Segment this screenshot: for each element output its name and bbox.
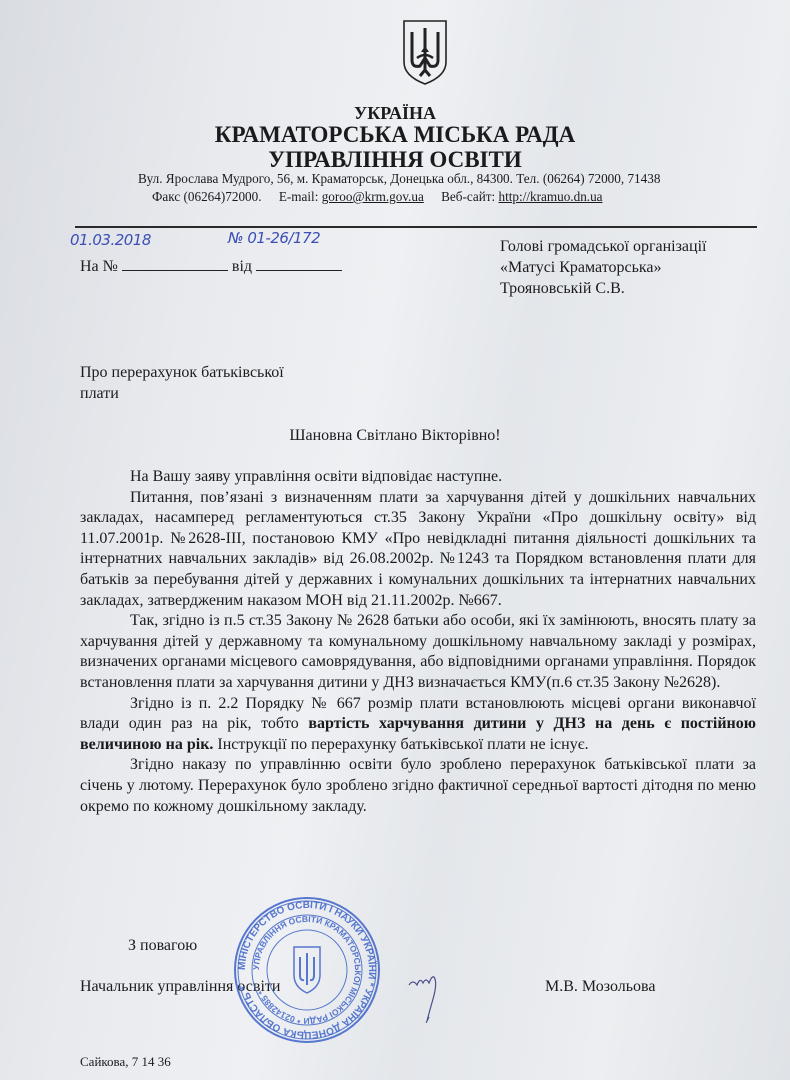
recipient-line: Трояновській С.В. (500, 278, 706, 299)
recipient-line: «Матусі Краматорська» (500, 257, 706, 278)
ref-date-blank (256, 256, 342, 271)
fax-label: Факс (06264)72000. (152, 189, 262, 204)
handwritten-date: 01.03.2018 (70, 231, 151, 249)
email-link[interactable]: goroo@krm.gov.ua (322, 189, 424, 204)
paragraph: Згідно наказу по управлінню освіти було … (80, 755, 756, 817)
ref-from-label: від (232, 258, 252, 275)
council-heading: КРАМАТОРСЬКА МІСЬКА РАДА (0, 122, 790, 148)
country-heading: УКРАЇНА (0, 103, 790, 124)
paragraph: Згідно із п. 2.2 Порядку № 667 розмір пл… (80, 694, 756, 756)
paragraph-text: Інструкції по перерахунку батьківської п… (213, 736, 588, 753)
recipient-line: Голові громадської організації (500, 236, 706, 257)
paragraph: Так, згідно із п.5 ст.35 Закону № 2628 б… (80, 611, 756, 693)
paragraph: На Вашу заяву управління освіти відповід… (80, 467, 756, 488)
greeting: Шановна Світлано Вікторівно! (0, 427, 790, 445)
email-label: E-mail: (279, 189, 322, 204)
official-stamp-icon: МІНІСТЕРСТВО ОСВІТИ І НАУКИ УКРАЇНИ * УК… (232, 895, 382, 1045)
website-link[interactable]: http://kramuo.dn.ua (499, 189, 603, 204)
subject-line: плати (80, 383, 340, 404)
recipient-block: Голові громадської організації «Матусі К… (500, 236, 706, 299)
ref-number-label: На № (80, 258, 118, 275)
subject-line: Про перерахунок батьківської (80, 362, 340, 383)
website-label: Веб-сайт: (441, 189, 498, 204)
ref-number-blank (122, 256, 228, 271)
signature-icon (405, 965, 455, 1025)
executor-note: Сайкова, 7 14 36 (80, 1054, 171, 1070)
address-line: Вул. Ярослава Мудрого, 56, м. Краматорсь… (138, 171, 660, 187)
handwritten-number: № 01-26/172 (228, 229, 320, 247)
subject-block: Про перерахунок батьківської плати (80, 362, 340, 404)
department-heading: УПРАВЛІННЯ ОСВІТИ (0, 147, 790, 173)
contact-line: Факс (06264)72000. E-mail: goroo@krm.gov… (152, 189, 603, 205)
header-divider (75, 226, 757, 228)
reference-line: На № від (80, 256, 342, 276)
paragraph: Питання, пов’язані з визначенням плати з… (80, 488, 756, 612)
signer-name: М.В. Мозольова (545, 978, 655, 996)
regards: З повагою (128, 937, 197, 955)
trident-coat-of-arms-icon (401, 18, 449, 86)
letter-body: На Вашу заяву управління освіти відповід… (80, 467, 756, 817)
letter-page: УКРАЇНА КРАМАТОРСЬКА МІСЬКА РАДА УПРАВЛІ… (0, 0, 790, 1080)
